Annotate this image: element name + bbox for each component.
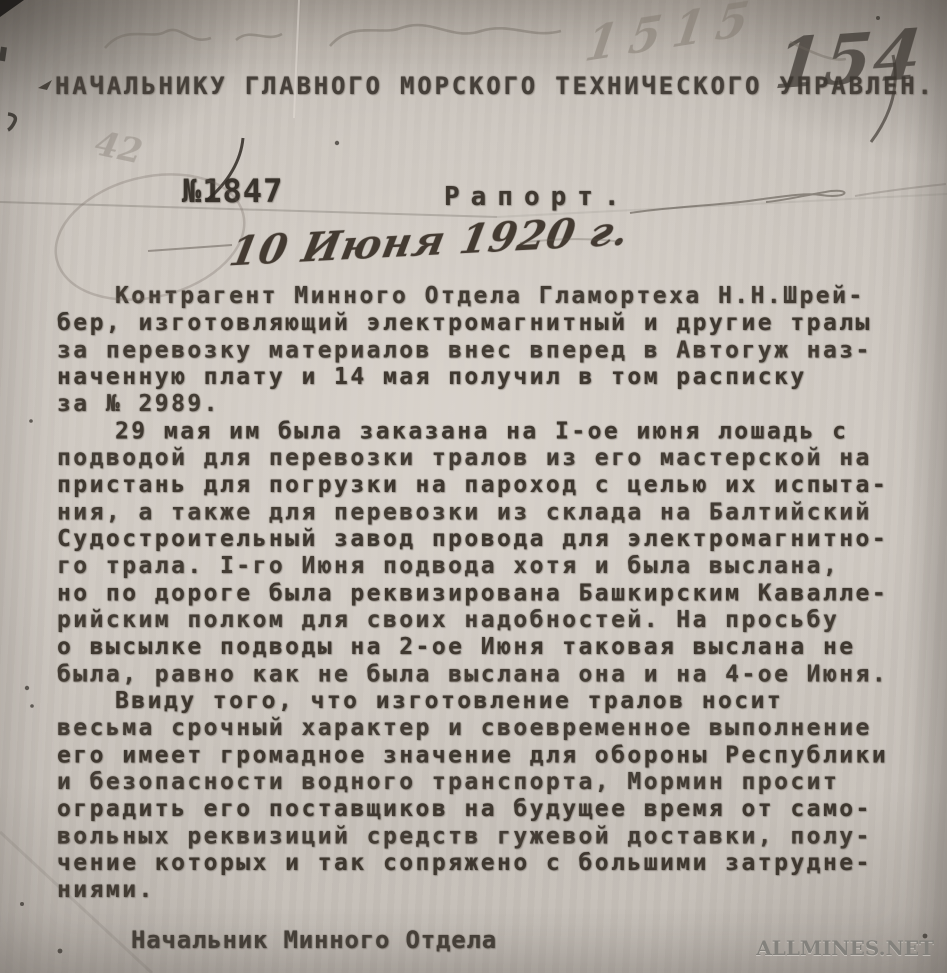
signature-title: Начальник Минного Отдела [131, 926, 497, 954]
body-line: Контрагент Минного Отдела Гламортеха Н.Н… [57, 283, 888, 310]
body-line: пристань для погрузки на пароход с целью… [57, 472, 888, 499]
document-number: №1847 [182, 172, 283, 210]
document-page: НАЧАЛЬНИКУ ГЛАВНОГО МОРСКОГО ТЕХНИЧЕСКОГ… [0, 0, 947, 973]
body-line: и безопасности водного транспорта, Морми… [57, 769, 888, 796]
body-line: за перевозку материалов внес вперед в Ав… [57, 338, 888, 365]
body-line: Судостроительный завод провода для элект… [57, 526, 888, 553]
body-line: ниями. [57, 877, 888, 904]
margin-tick-icon [8, 114, 15, 130]
handwritten-margin-note: 42 [91, 124, 146, 173]
body-line: рийским полком для своих надобностей. На… [57, 607, 888, 634]
body-line: Ввиду того, что изготовление тралов носи… [57, 688, 888, 715]
document-body: Контрагент Минного Отдела Гламортеха Н.Н… [57, 283, 888, 904]
body-line: его имеет громадное значение для обороны… [57, 743, 888, 770]
corner-wedge-icon [0, 0, 24, 17]
body-line: подводой для перевозки тралов из его мас… [57, 445, 888, 472]
body-line: го трала. I-го Июня подвода хотя и была … [57, 553, 888, 580]
body-line: вольных реквизиций средств гужевой доста… [57, 824, 888, 851]
body-line: 29 мая им была заказана на I-ое июня лош… [57, 419, 888, 446]
body-line: оградить его поставщиков на будущее врем… [57, 796, 888, 823]
body-line: за № 2989. [57, 391, 888, 418]
document-title: Рапорт. [444, 182, 631, 212]
header-arrow-icon [38, 80, 52, 90]
body-line: весьма срочный характер и своевременное … [57, 715, 888, 742]
body-line: наченную плату и 14 мая получил в том ра… [57, 364, 888, 391]
watermark: ALLMINES.NET [756, 936, 934, 960]
handwritten-page-number: 154 [771, 14, 927, 105]
body-line: была, равно как не была выслана она и на… [57, 662, 888, 689]
body-line: о высылке подводы на 2-ое Июня таковая в… [57, 634, 888, 661]
handwritten-number-faint: 1515 [582, 0, 765, 73]
body-line: но по дороге была реквизирована Башкирск… [57, 581, 888, 608]
title-flourish [630, 184, 946, 213]
body-line: чение которых и так сопряжено с большими… [57, 850, 888, 877]
handwritten-date: 10 Июня 1920 г. [226, 207, 634, 275]
body-line: бер, изготовляющий электромагнитный и др… [57, 310, 888, 337]
body-line: ния, а также для перевозки из склада на … [57, 500, 888, 527]
